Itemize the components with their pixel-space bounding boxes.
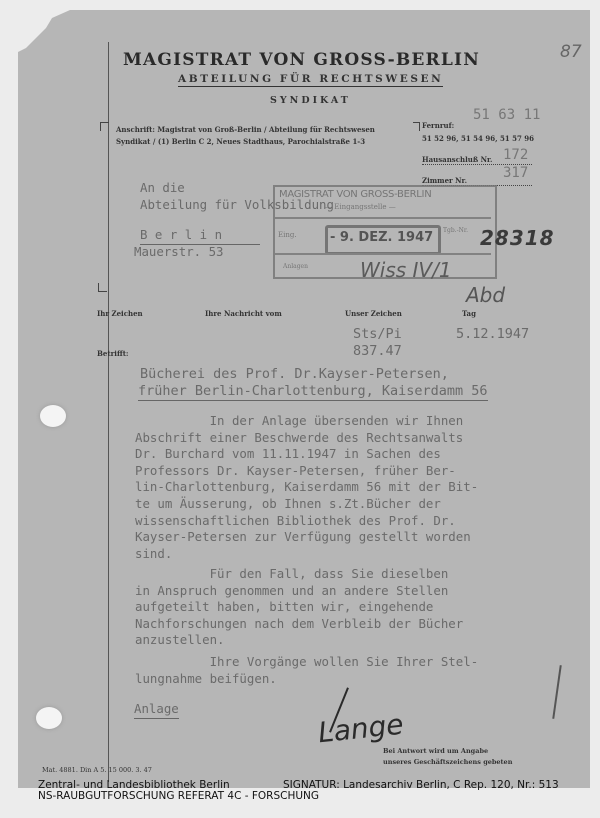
phone-numbers: 51 52 96, 51 54 96, 51 57 96 <box>422 134 534 143</box>
address-bracket <box>413 122 420 131</box>
punch-hole <box>40 405 66 427</box>
room-value: 317 <box>503 165 528 182</box>
your-ref-label: Ihr Zeichen <box>97 309 143 318</box>
extension-value: 172 <box>503 147 528 164</box>
form-number: Mat. 4881. Din A 5. 15 000. 3. 47 <box>42 766 152 774</box>
punch-hole <box>36 707 62 729</box>
body-paragraph-2: Für den Fall, dass Sie dieselbenin Anspr… <box>135 566 463 649</box>
recipient-line-3: B e r l i n <box>140 227 260 245</box>
address-line-2: Syndikat / (1) Berlin C 2, Neues Stadtha… <box>116 137 365 146</box>
body-line: Ihre Vorgänge wollen Sie Ihrer Stel- <box>135 654 478 671</box>
stamp-date-box: - 9. DEZ. 1947 <box>325 225 441 255</box>
subject-label: Betrifft: <box>97 349 129 358</box>
window-bracket <box>98 283 107 292</box>
body-line: anzustellen. <box>135 632 463 649</box>
recipient-line-1: An die <box>140 180 185 197</box>
our-ref-label: Unser Zeichen <box>345 309 402 318</box>
body-line: Professors Dr. Kayser-Petersen, früher B… <box>135 463 478 480</box>
stamp-label-right: Tgb.-Nr. <box>443 227 468 234</box>
phone-label: Fernruf: <box>422 121 454 130</box>
address-bracket <box>100 122 109 131</box>
body-line: in Anspruch genommen und an andere Stell… <box>135 583 463 600</box>
letterhead-division: SYNDIKAT <box>270 95 351 106</box>
margin-line <box>108 42 109 782</box>
body-line: wissenschaftlichen Bibliothek des Prof. … <box>135 513 478 530</box>
body-line: Kayser-Petersen zur Verfügung gestellt w… <box>135 529 478 546</box>
address-line-1: Anschrift: Magistrat von Groß-Berlin / A… <box>116 125 375 134</box>
letterhead-department: ABTEILUNG FÜR RECHTSWESEN <box>178 73 443 87</box>
body-line: lin-Charlottenburg, Kaiserdamm 56 mit de… <box>135 479 478 496</box>
footer-project: NS-RAUBGUTFORSCHUNG REFERAT 4C - FORSCHU… <box>38 791 319 802</box>
enclosure-label: Anlage <box>134 701 179 719</box>
recipient-line-4: Mauerstr. 53 <box>134 244 224 261</box>
our-ref-value-2: 837.47 <box>353 343 402 360</box>
stamp-subheader: — Eingangsstelle — <box>325 203 396 211</box>
body-line: Für den Fall, dass Sie dieselben <box>135 566 463 583</box>
body-line: Abschrift einer Beschwerde des Rechtsanw… <box>135 430 478 447</box>
body-line: Dr. Burchard vom 11.11.1947 in Sachen de… <box>135 446 478 463</box>
subject-line-1: Bücherei des Prof. Dr.Kayser-Petersen, <box>140 366 449 383</box>
your-message-label: Ihre Nachricht vom <box>205 309 282 318</box>
reply-note-line-2: unseres Geschäftszeichens gebeten <box>383 758 512 766</box>
stamp-handwritten-note: Wiss IV/1 <box>360 258 452 282</box>
subject-line-2: früher Berlin-Charlottenburg, Kaiserdamm… <box>138 383 488 401</box>
phone-typed: 51 63 11 <box>473 107 540 124</box>
body-line: te um Äusserung, ob Ihnen s.Zt.Bücher de… <box>135 496 478 513</box>
letterhead-organization: MAGISTRAT VON GROSS-BERLIN <box>123 50 480 70</box>
stamp-header: MAGISTRAT VON GROSS-BERLIN <box>279 189 431 200</box>
body-line: Nachforschungen nach dem Verbleib der Bü… <box>135 616 463 633</box>
body-line: In der Anlage übersenden wir Ihnen <box>135 413 478 430</box>
archive-page-number: 87 <box>560 42 582 62</box>
body-paragraph-3: Ihre Vorgänge wollen Sie Ihrer Stel-lung… <box>135 654 478 687</box>
our-ref-value-1: Sts/Pi <box>353 326 402 343</box>
date-label: Tag <box>462 309 476 318</box>
body-line: sind. <box>135 546 478 563</box>
stamp-label-bottom: Anlagen <box>283 263 308 270</box>
body-line: aufgeteilt haben, bitten wir, eingehende <box>135 599 463 616</box>
stamp-date: - 9. DEZ. 1947 <box>330 230 433 245</box>
stamp-journal-number: 28318 <box>480 226 555 250</box>
handwritten-initials: Abd <box>466 283 505 307</box>
reply-note-line-1: Bei Antwort wird um Angabe <box>383 747 488 755</box>
body-line: lungnahme beifügen. <box>135 671 478 688</box>
body-paragraph-1: In der Anlage übersenden wir IhnenAbschr… <box>135 413 478 562</box>
footer-signatur: SIGNATUR: Landesarchiv Berlin, C Rep. 12… <box>283 780 559 791</box>
stamp-label-left: Eing. <box>278 231 297 239</box>
date-value: 5.12.1947 <box>456 326 529 343</box>
